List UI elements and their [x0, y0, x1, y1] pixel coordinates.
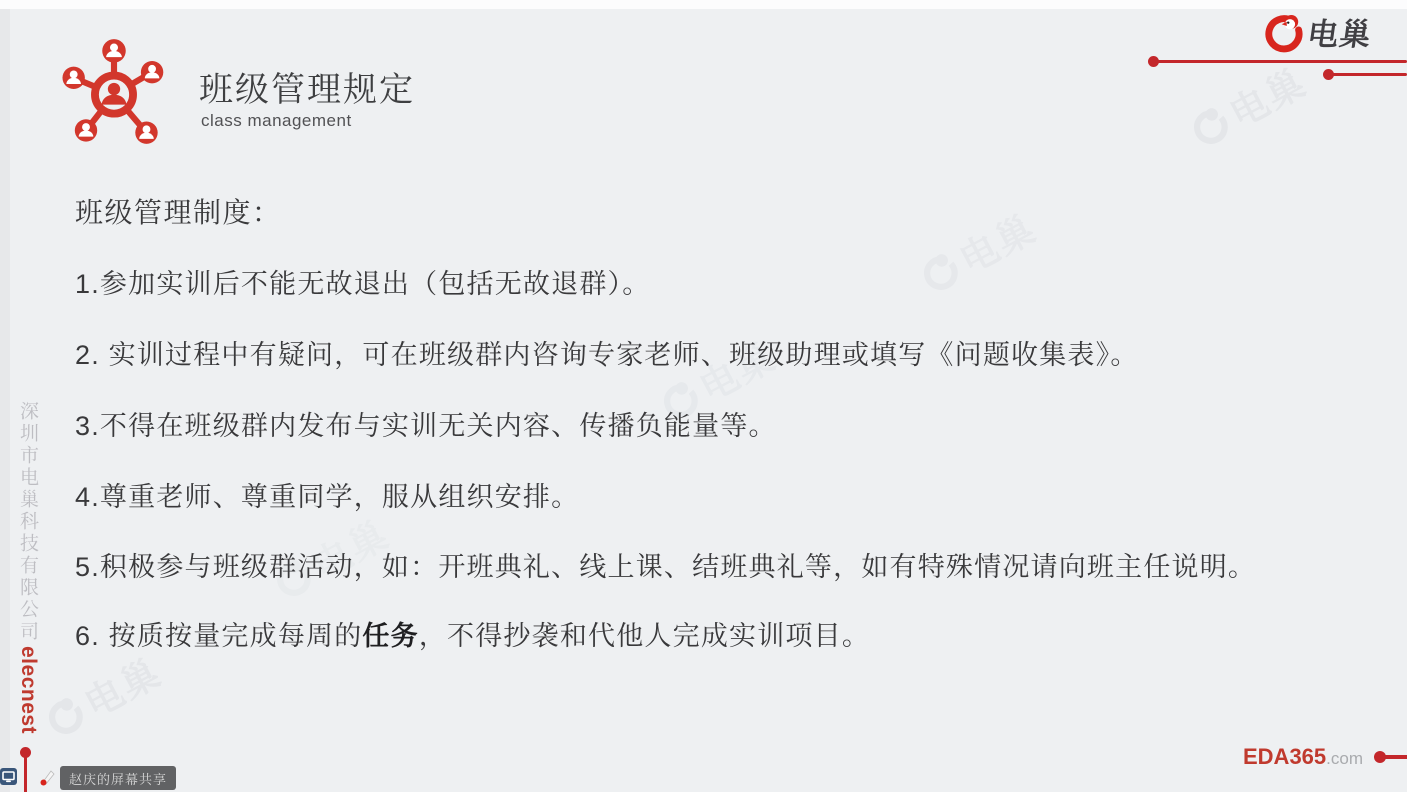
screen-share-banner: 赵庆的屏幕共享 — [60, 766, 176, 790]
top-strip — [0, 0, 1407, 9]
decor-line-vertical — [24, 753, 27, 792]
watermark-text: 电巢 — [948, 198, 1044, 284]
rules-intro: 班级管理制度： — [75, 191, 282, 231]
site-name: EDA365 — [1243, 744, 1326, 769]
swirl-watermark-icon — [913, 244, 967, 298]
rule-item-4: 4.尊重老师、尊重同学，服从组织安排。 — [75, 475, 579, 514]
meeting-app-icon[interactable] — [0, 768, 17, 785]
company-name-vertical: 深圳市电巢科技有限公司 — [14, 401, 41, 643]
swirl-watermark-icon — [1183, 98, 1237, 152]
swirl-bird-icon — [1262, 10, 1306, 54]
decor-line — [1330, 73, 1407, 76]
brand-watermark: 电巢 — [1179, 52, 1314, 159]
rule-6-suffix: ，不得抄袭和代他人完成实训项目。 — [419, 621, 870, 651]
site-url: EDA365.com — [1243, 744, 1363, 770]
rule-item-1: 1.参加实训后不能无故退出（包括无故退群）。 — [75, 262, 650, 301]
decor-line — [1382, 755, 1407, 759]
rule-item-3: 3.不得在班级群内发布与实训无关内容、传播负能量等。 — [75, 404, 777, 443]
rule-6-emphasis: 任务 — [362, 621, 418, 651]
left-edge-strip — [0, 9, 10, 792]
watermark-text: 电巢 — [73, 642, 169, 728]
page-subtitle: class management — [201, 111, 352, 131]
brand-logo: 电巢 — [1262, 9, 1372, 54]
rule-item-5: 5.积极参与班级群活动，如：开班典礼、线上课、结班典礼等，如有特殊情况请向班主任… — [75, 545, 1256, 584]
brand-watermark: 电巢 — [909, 198, 1044, 305]
laser-pointer-icon[interactable] — [39, 766, 56, 786]
rule-item-6: 6. 按质按量完成每周的任务，不得抄袭和代他人完成实训项目。 — [75, 614, 870, 653]
site-suffix: .com — [1326, 749, 1363, 768]
page-title: 班级管理规定 — [199, 62, 415, 111]
swirl-watermark-icon — [38, 688, 92, 742]
people-network-icon — [58, 32, 170, 146]
brand-watermark: 电巢 — [34, 642, 169, 749]
watermark-text: 电巢 — [1218, 52, 1314, 138]
elecnest-vertical: elecnest — [16, 646, 40, 734]
brand-logo-text: 电巢 — [1305, 9, 1375, 54]
decor-line — [1155, 60, 1407, 63]
rule-6-prefix: 6. 按质按量完成每周的 — [75, 621, 362, 651]
slide-screen: 电巢 电巢 电巢 电巢 电巢 — [0, 0, 1407, 792]
rule-item-2: 2. 实训过程中有疑问，可在班级群内咨询专家老师、班级助理或填写《问题收集表》。 — [75, 333, 1139, 372]
